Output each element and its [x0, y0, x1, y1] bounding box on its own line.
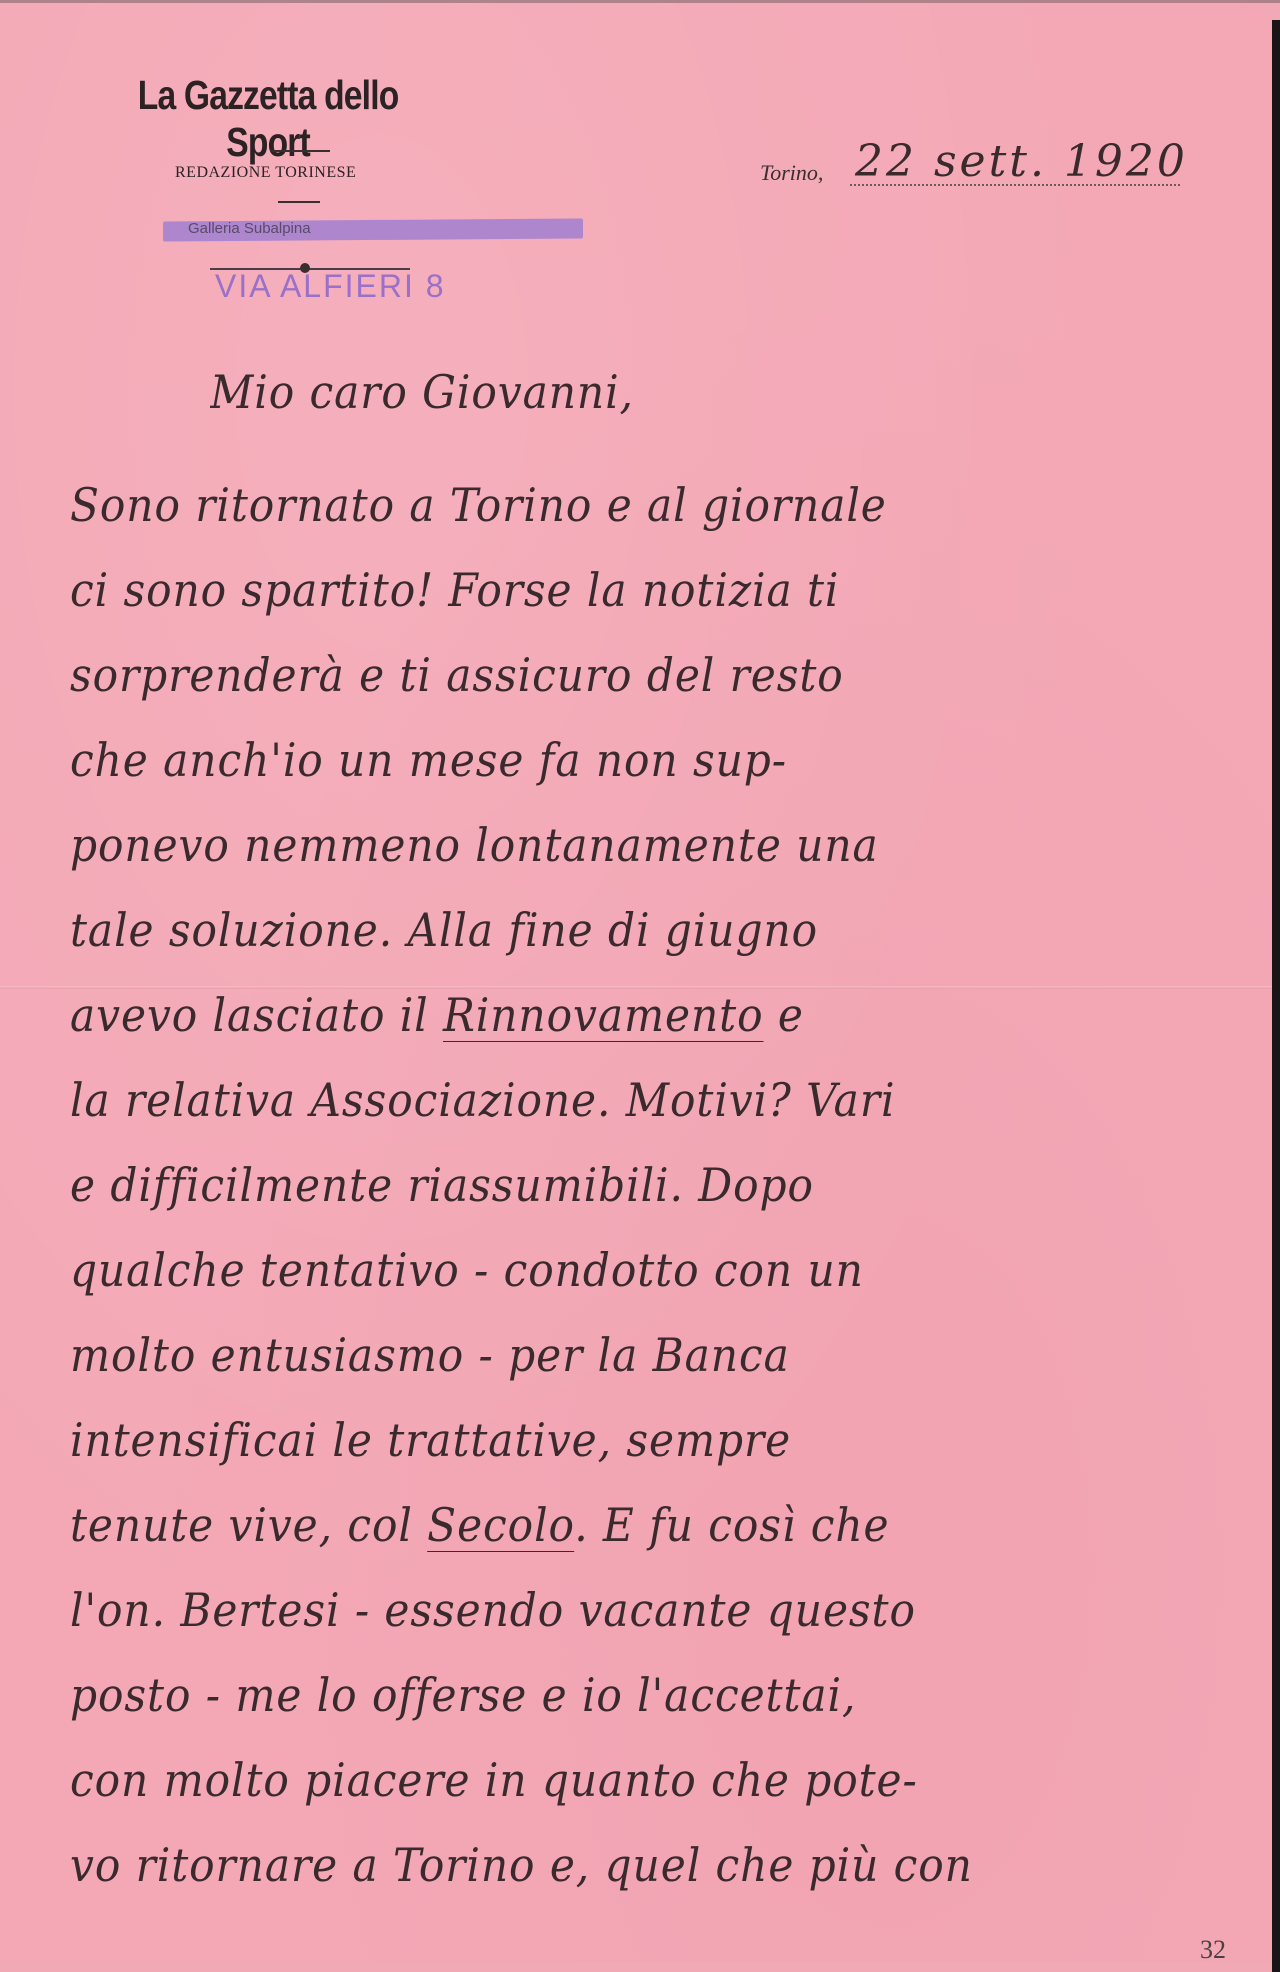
letter-line: qualche tentativo - condotto con un	[70, 1243, 1146, 1297]
letter-line: la relativa Associazione. Motivi? Vari	[70, 1073, 1146, 1127]
paper-top-edge	[0, 0, 1280, 3]
letter-line: sorprenderà e ti assicuro del resto	[70, 648, 1146, 702]
letter-line: avevo lasciato il Rinnovamento e	[70, 988, 1146, 1042]
letter-line: tale soluzione. Alla fine di giugno	[70, 903, 1146, 957]
letter-line: intensificai le trattative, sempre	[70, 1413, 1146, 1467]
letter-line: posto - me lo offerse e io l'accettai,	[70, 1668, 1146, 1722]
letter-line: l'on. Bertesi - essendo vacante questo	[70, 1583, 1146, 1637]
letterhead-subtitle: REDAZIONE TORINESE	[175, 164, 356, 182]
letter-line: vo ritornare a Torino e, quel che più co…	[70, 1838, 1146, 1892]
letter-line: che anch'io un mese fa non sup-	[70, 733, 1146, 787]
letterhead-rule	[278, 201, 320, 203]
letter-line: Sono ritornato a Torino e al giornale	[70, 478, 1146, 532]
underlined-word: Rinnovamento	[443, 988, 763, 1042]
letter-line: e difficilmente riassumibili. Dopo	[70, 1158, 1146, 1212]
letter-line: con molto piacere in quanto che pote-	[70, 1753, 1146, 1807]
scan-border	[1272, 20, 1280, 1972]
letter-greeting: Mio caro Giovanni,	[210, 365, 1280, 419]
letterhead-rule	[270, 150, 330, 152]
date-handwritten: 22 sett. 1920	[855, 136, 1188, 187]
letter-line: tenute vive, col Secolo. E fu così che	[70, 1498, 1146, 1552]
letterhead-title: La Gazzetta dello Sport	[100, 72, 436, 166]
date-place: Torino,	[760, 160, 823, 186]
letter-line: ponevo nemmeno lontanamente una	[70, 818, 1146, 872]
letter-line: molto entusiasmo - per la Banca	[70, 1328, 1146, 1382]
struck-address: Galleria Subalpina	[188, 220, 311, 237]
letter-line: ci sono spartito! Forse la notizia ti	[70, 563, 1146, 617]
page-number: 32	[1200, 1935, 1226, 1965]
address-stamp: VIA ALFIERI 8	[215, 268, 446, 305]
underlined-word: Secolo	[427, 1498, 574, 1552]
